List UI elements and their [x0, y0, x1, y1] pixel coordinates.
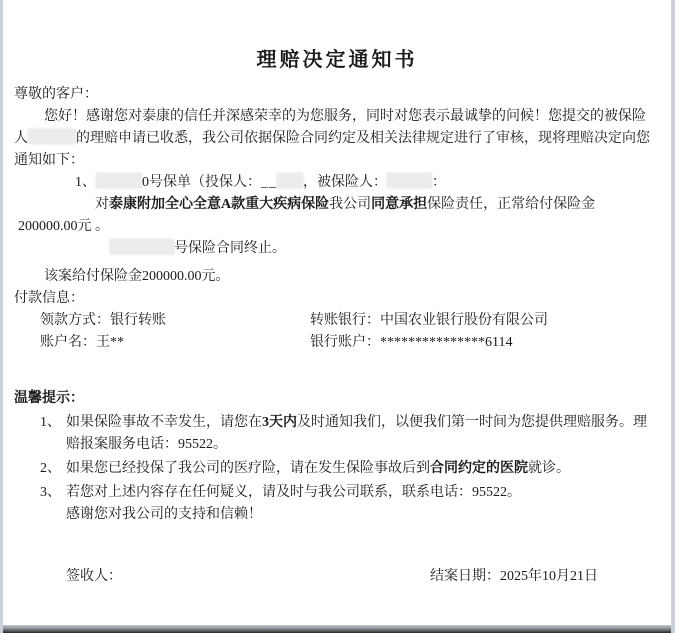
tips-heading: 温馨提示： [14, 388, 660, 410]
intro-line-2-prefix: 人 [14, 131, 28, 146]
bank-account-value: ***************6114 [380, 335, 512, 350]
decision-post: 保险责任，正常给付保险金 [427, 197, 595, 212]
payment-row-1: 领款方式：银行转账 转账银行：中国农业银行股份有限公司 [14, 310, 660, 332]
bank-account: 银行账户：***************6114 [310, 332, 660, 354]
decision-text-line: 对泰康附加全心全意A款重大疾病保险我公司同意承担保险责任，正常给付保险金 [14, 194, 660, 216]
transfer-bank-label: 转账银行： [310, 313, 380, 328]
thanks-line: 感谢您对我公司的支持和信赖！ [14, 504, 660, 526]
intro-line-1: 您好！感谢您对泰康的信任并深感荣幸的为您服务，同时对您表示最诚挚的问候！您提交的… [14, 106, 660, 128]
tip-1-post: 及时通知我们，以便我们第一时间为您提供理赔服务。理 [297, 415, 647, 430]
termination-text: 号保险合同终止。 [174, 241, 286, 256]
policy-text: 0号保单（投保人： [142, 175, 261, 190]
tip-2-marker: 2、 [14, 458, 66, 480]
intro-line-3: 通知如下： [14, 150, 660, 172]
payment-info-heading: 付款信息： [14, 288, 660, 310]
tip-2-body: 如果您已经投保了我公司的医疗险，请在发生保险事故后到合同约定的医院就诊。 [66, 458, 660, 480]
transfer-bank-value: 中国农业银行股份有限公司 [380, 313, 548, 328]
payment-method-value: 银行转账 [110, 313, 166, 328]
approval-text: 同意承担 [371, 197, 427, 212]
redacted-insured-name-2 [387, 173, 432, 188]
redacted-policyholder-name [277, 173, 303, 188]
redacted-contract-number [110, 239, 174, 254]
signee-label: 签收人： [66, 566, 122, 588]
page-title: 理赔决定通知书 [14, 48, 660, 72]
redacted-policy-number [96, 173, 142, 188]
tip-2-pre: 如果您已经投保了我公司的医疗险，请在发生保险事故后到 [66, 461, 430, 476]
decision-mid: 我公司 [329, 197, 371, 212]
intro-line-2: 人的理赔申请已收悉，我公司依据保险合同约定及相关法律规定进行了审核，现将理赔决定… [14, 128, 660, 150]
window-bottom-edge [3, 625, 671, 633]
decision-pre: 对 [95, 197, 109, 212]
account-name-value: 王** [96, 335, 124, 350]
tip-1-line-2: 赔报案服务电话：95522。 [66, 434, 660, 456]
close-date: 结案日期：2025年10月21日 [430, 566, 598, 588]
bank-account-label: 银行账户： [310, 335, 380, 350]
tip-1-pre: 如果保险事故不幸发生，请您在 [66, 415, 262, 430]
claim-notice-document: 理赔决定通知书 尊敬的客户： 您好！感谢您对泰康的信任并深感荣幸的为您服务，同时… [0, 0, 675, 633]
salutation: 尊敬的客户： [14, 84, 660, 106]
tip-2-bold: 合同约定的医院 [430, 461, 528, 476]
transfer-bank: 转账银行：中国农业银行股份有限公司 [310, 310, 660, 332]
document-content: 理赔决定通知书 尊敬的客户： 您好！感谢您对泰康的信任并深感荣幸的为您服务，同时… [3, 48, 671, 588]
decision-item-header: 1、0号保单（投保人：__，被保险人：： [14, 172, 660, 194]
payment-method-label: 领款方式： [40, 313, 110, 328]
item-colon: ： [432, 175, 446, 190]
close-date-label: 结案日期： [430, 569, 500, 584]
payment-row-2: 账户名：王** 银行账户：***************6114 [14, 332, 660, 354]
case-payout-summary: 该案给付保险金200000.00元。 [14, 266, 660, 288]
tip-3-body: 若您对上述内容存在任何疑义，请及时与我公司联系，联系电话：95522。 [66, 482, 660, 504]
tip-3-line: 若您对上述内容存在任何疑义，请及时与我公司联系，联系电话：95522。 [66, 482, 660, 504]
intro-line-2-suffix: 的理赔申请已收悉，我公司依据保险合同约定及相关法律规定进行了审核，现将理赔决定向… [76, 131, 650, 146]
product-name: 泰康附加全心全意A款重大疾病保险 [109, 197, 329, 212]
payout-amount-line: 200000.00元 。 [14, 216, 660, 238]
close-date-value: 2025年10月21日 [500, 569, 598, 584]
contract-termination-line: 号保险合同终止。 [14, 238, 660, 260]
payment-method: 领款方式：银行转账 [40, 310, 310, 332]
document-footer: 签收人： 结案日期：2025年10月21日 [14, 566, 660, 588]
tip-2-line: 如果您已经投保了我公司的医疗险，请在发生保险事故后到合同约定的医院就诊。 [66, 458, 660, 480]
tip-1-body: 如果保险事故不幸发生，请您在3天内及时通知我们，以便我们第一时间为您提供理赔服务… [66, 412, 660, 456]
tip-3-marker: 3、 [14, 482, 66, 504]
tip-1-line-1: 如果保险事故不幸发生，请您在3天内及时通知我们，以便我们第一时间为您提供理赔服务… [66, 412, 660, 434]
tip-item-3: 3、 若您对上述内容存在任何疑义，请及时与我公司联系，联系电话：95522。 [14, 482, 660, 504]
item-marker: 1、 [75, 175, 96, 190]
tip-2-post: 就诊。 [528, 461, 570, 476]
account-name-label: 账户名： [40, 335, 96, 350]
tip-item-2: 2、 如果您已经投保了我公司的医疗险，请在发生保险事故后到合同约定的医院就诊。 [14, 458, 660, 480]
policyholder-blank: __ [261, 175, 277, 190]
redacted-insured-name [28, 129, 76, 144]
insured-label: ，被保险人： [303, 175, 387, 190]
account-name: 账户名：王** [40, 332, 310, 354]
tip-1-marker: 1、 [14, 412, 66, 456]
tip-item-1: 1、 如果保险事故不幸发生，请您在3天内及时通知我们，以便我们第一时间为您提供理… [14, 412, 660, 456]
tip-1-bold: 3天内 [262, 415, 297, 430]
